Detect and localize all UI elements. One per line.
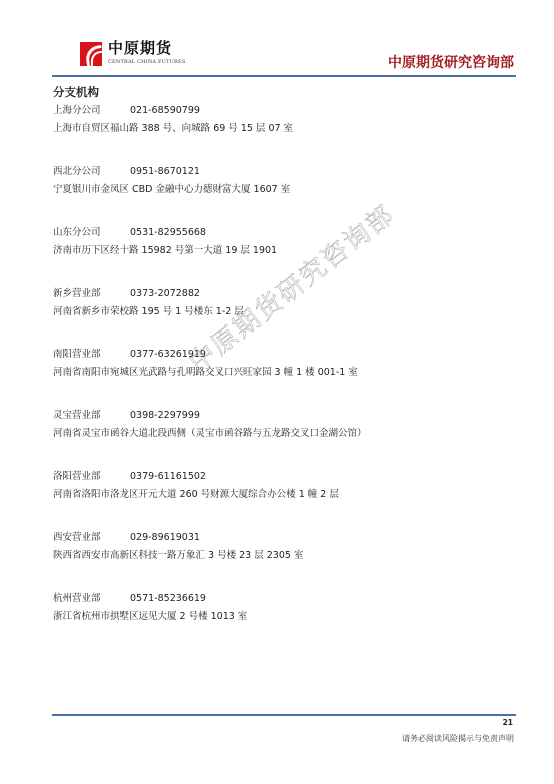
logo-mark-icon [80,42,102,66]
branch-entry: 新乡营业部 0373-2072882 河南省新乡市荣校路 195 号 1 号楼东… [53,287,367,319]
header-divider [52,75,516,77]
branch-entry: 灵宝营业部 0398-2297999 河南省灵宝市函谷大道北段西侧（灵宝市函谷路… [53,409,367,441]
logo-cn-name: 中原期货 [108,40,185,57]
branch-phone: 0951-8670121 [130,165,200,179]
branch-address: 河南省新乡市荣校路 195 号 1 号楼东 1-2 层 [53,305,367,319]
page-number: 21 [503,718,513,727]
logo-en-name: CENTRAL CHINA FUTURES [108,59,185,65]
branch-entry: 南阳营业部 0377-63261919 河南省南阳市宛城区光武路与孔明路交叉口兴… [53,348,367,380]
branch-entry: 上海分公司 021-68590799 上海市自贸区福山路 388 号、向城路 6… [53,104,367,136]
branch-name: 西北分公司 [53,165,130,179]
footer-divider [52,714,516,716]
branch-address: 陕西省西安市高新区科技一路万象汇 3 号楼 23 层 2305 室 [53,549,367,563]
branch-name: 新乡营业部 [53,287,130,301]
branch-name: 杭州营业部 [53,592,130,606]
branch-name: 洛阳营业部 [53,470,130,484]
branch-name: 西安营业部 [53,531,130,545]
branch-phone: 0379-61161502 [130,470,206,484]
section-title: 分支机构 [53,85,367,99]
branch-address: 河南省灵宝市函谷大道北段西侧（灵宝市函谷路与五龙路交叉口金湖公馆） [53,427,367,441]
branch-name: 灵宝营业部 [53,409,130,423]
branch-address: 上海市自贸区福山路 388 号、向城路 69 号 15 层 07 室 [53,122,367,136]
branch-entry: 西安营业部 029-89619031 陕西省西安市高新区科技一路万象汇 3 号楼… [53,531,367,563]
branch-phone: 0377-63261919 [130,348,206,362]
branch-phone: 0398-2297999 [130,409,200,423]
branch-address: 宁夏银川市金凤区 CBD 金融中心力德财富大厦 1607 室 [53,183,367,197]
branch-address: 河南省南阳市宛城区光武路与孔明路交叉口兴旺家园 3 幢 1 楼 001-1 室 [53,366,367,380]
branch-name: 南阳营业部 [53,348,130,362]
branch-entry: 西北分公司 0951-8670121 宁夏银川市金凤区 CBD 金融中心力德财富… [53,165,367,197]
branch-phone: 021-68590799 [130,104,200,118]
branch-phone: 029-89619031 [130,531,200,545]
branch-phone: 0571-85236619 [130,592,206,606]
branch-entry: 山东分公司 0531-82955668 济南市历下区经十路 15982 号第一大… [53,226,367,258]
department-title: 中原期货研究咨询部 [388,52,514,72]
branch-name: 山东分公司 [53,226,130,240]
branch-address: 济南市历下区经十路 15982 号第一大道 19 层 1901 [53,244,367,258]
branch-address: 浙江省杭州市拱墅区远见大厦 2 号楼 1013 室 [53,610,367,624]
branch-name: 上海分公司 [53,104,130,118]
branch-entry: 洛阳营业部 0379-61161502 河南省洛阳市洛龙区开元大道 260 号财… [53,470,367,502]
page-content: 分支机构 上海分公司 021-68590799 上海市自贸区福山路 388 号、… [53,85,367,653]
branch-phone: 0531-82955668 [130,226,206,240]
branch-entry: 杭州营业部 0571-85236619 浙江省杭州市拱墅区远见大厦 2 号楼 1… [53,592,367,624]
disclaimer-text: 请务必阅读风险揭示与免责声明 [402,733,514,744]
branch-address: 河南省洛阳市洛龙区开元大道 260 号财源大厦综合办公楼 1 幢 2 层 [53,488,367,502]
logo-text: 中原期货 CENTRAL CHINA FUTURES [108,40,185,65]
branch-phone: 0373-2072882 [130,287,200,301]
company-logo: 中原期货 CENTRAL CHINA FUTURES [80,40,185,66]
